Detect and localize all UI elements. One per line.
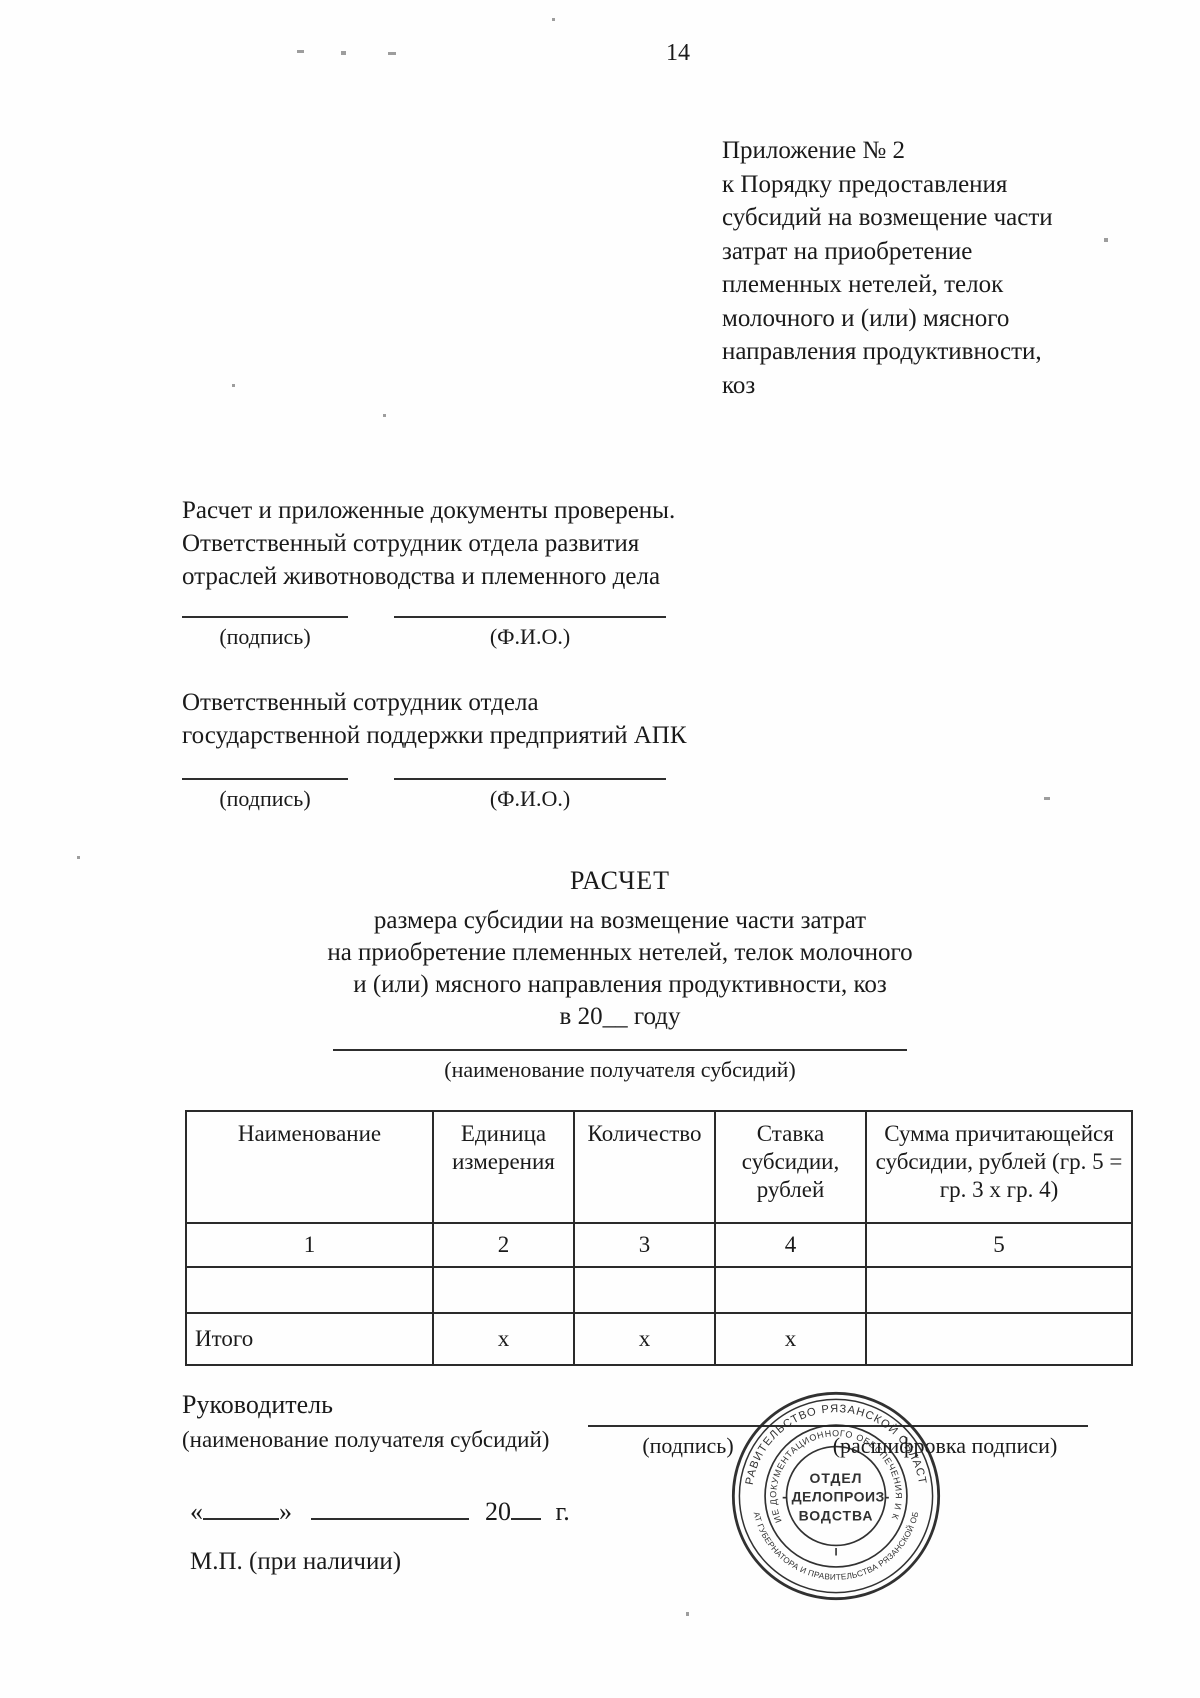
date-line: «» 20 г. — [190, 1494, 570, 1527]
fio-label: (Ф.И.О.) — [394, 624, 666, 650]
date-blank-month — [311, 1494, 469, 1520]
calc-table: Наименование Единица измерения Количеств… — [185, 1110, 1133, 1366]
table-empty-cell — [186, 1267, 433, 1313]
table-colnum-row: 1 2 3 4 5 — [186, 1223, 1132, 1267]
stamp-center-line2: - ДЕЛОПРОИЗ- — [782, 1489, 890, 1505]
calc-title-line: и (или) мясного направления продуктивнос… — [140, 969, 1100, 1001]
signature-line — [394, 778, 666, 780]
table-empty-cell — [866, 1267, 1132, 1313]
scan-speck — [297, 50, 304, 53]
table-total-empty — [866, 1313, 1132, 1365]
appendix-line: субсидий на возмещение части — [722, 201, 1072, 235]
table-header-cell: Наименование — [186, 1111, 433, 1223]
table-colnum-cell: 5 — [866, 1223, 1132, 1267]
scan-speck — [388, 52, 396, 55]
scan-speck — [232, 384, 235, 387]
table-empty-cell — [574, 1267, 715, 1313]
signature-line — [394, 616, 666, 618]
open-quote: « — [190, 1497, 203, 1526]
leader-sublabel: (наименование получателя субсидий) — [182, 1427, 549, 1453]
appendix-line: племенных нетелей, телок — [722, 268, 1072, 302]
scan-speck — [1104, 238, 1108, 242]
checked-line: отраслей животноводства и племенного дел… — [182, 560, 742, 593]
appendix-line: затрат на приобретение — [722, 235, 1072, 269]
table-colnum-cell: 1 — [186, 1223, 433, 1267]
table-total-x: х — [715, 1313, 866, 1365]
table-empty-cell — [433, 1267, 574, 1313]
appendix-line: к Порядку предоставления — [722, 168, 1072, 202]
table-header-cell: Сумма причитающейся субсидии, рублей (гр… — [866, 1111, 1132, 1223]
calc-title-line: в 20__ году — [140, 1001, 1100, 1033]
page-number: 14 — [650, 40, 706, 67]
signature-line — [182, 616, 348, 618]
recipient-underline — [333, 1049, 907, 1051]
appendix-line: Приложение № 2 — [722, 134, 1072, 168]
date-blank-year — [511, 1494, 541, 1520]
signature-line — [182, 778, 348, 780]
scanned-document-page: 14 Приложение № 2 к Порядку предоставлен… — [0, 0, 1200, 1698]
table-header-cell: Единица измерения — [433, 1111, 574, 1223]
table-total-label: Итого — [186, 1313, 433, 1365]
date-blank-day — [203, 1494, 279, 1520]
calc-title-block: РАСЧЕТ размера субсидии на возмещение ча… — [140, 866, 1100, 1033]
officer-line: Ответственный сотрудник отдела — [182, 686, 742, 719]
table-colnum-cell: 4 — [715, 1223, 866, 1267]
table-total-row: Итого х х х — [186, 1313, 1132, 1365]
calc-title-line: размера субсидии на возмещение части зат… — [140, 905, 1100, 937]
appendix-block: Приложение № 2 к Порядку предоставления … — [722, 134, 1072, 402]
table-colnum-cell: 3 — [574, 1223, 715, 1267]
checked-line: Ответственный сотрудник отдела развития — [182, 527, 742, 560]
recipient-label: (наименование получателя субсидий) — [333, 1057, 907, 1083]
table-empty-row — [186, 1267, 1132, 1313]
close-quote: » — [279, 1497, 292, 1526]
table-empty-cell — [715, 1267, 866, 1313]
table-header-cell: Количество — [574, 1111, 715, 1223]
round-stamp: ПРАВИТЕЛЬСТВО РЯЗАНСКОЙ ОБЛАСТИ АППАРАТ … — [724, 1384, 948, 1608]
fio-label: (Ф.И.О.) — [394, 786, 666, 812]
seal-note: М.П. (при наличии) — [190, 1548, 401, 1576]
table-header-cell: Ставка субсидии, рублей — [715, 1111, 866, 1223]
scan-speck — [341, 51, 346, 55]
table-header-row: Наименование Единица измерения Количеств… — [186, 1111, 1132, 1223]
scan-speck — [1044, 797, 1050, 800]
checked-line: Расчет и приложенные документы проверены… — [182, 494, 742, 527]
officer-block: Ответственный сотрудник отдела государст… — [182, 686, 742, 752]
appendix-line: молочного и (или) мясного — [722, 302, 1072, 336]
calc-title-line: на приобретение племенных нетелей, телок… — [140, 937, 1100, 969]
appendix-line: направления продуктивности, коз — [722, 335, 1072, 402]
leader-label: Руководитель — [182, 1390, 333, 1420]
stamp-center-line1: ОТДЕЛ — [810, 1470, 863, 1486]
era-text: г. — [556, 1497, 570, 1526]
scan-speck — [686, 1612, 689, 1616]
checked-block: Расчет и приложенные документы проверены… — [182, 494, 742, 593]
table-total-x: х — [433, 1313, 574, 1365]
officer-line: государственной поддержки предприятий АП… — [182, 719, 742, 752]
table-colnum-cell: 2 — [433, 1223, 574, 1267]
stamp-center-line3: ВОДСТВА — [799, 1507, 874, 1523]
scan-speck — [552, 18, 555, 21]
signature-label: (подпись) — [182, 786, 348, 812]
scan-speck — [383, 414, 386, 417]
year-text: 20 — [485, 1497, 511, 1526]
table-total-x: х — [574, 1313, 715, 1365]
stamp-bottom-mark: I — [834, 1547, 837, 1559]
signature-label: (подпись) — [182, 624, 348, 650]
calc-title: РАСЧЕТ — [140, 866, 1100, 896]
scan-speck — [77, 856, 80, 859]
